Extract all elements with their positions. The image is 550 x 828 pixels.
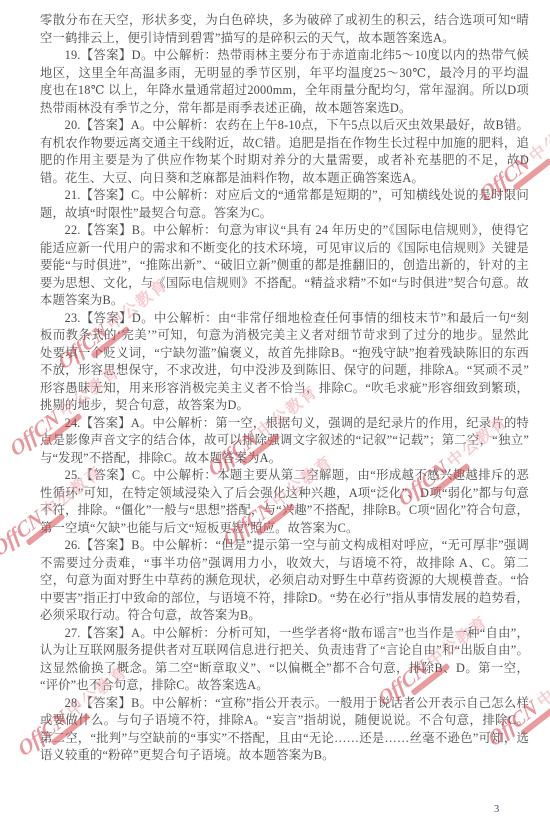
answer-paragraph: 20.【答案】A。中公解析：农药在上午8-10点，下午5点以后灭虫效果最好，故B… (40, 117, 529, 187)
answer-explanations-text: 零散分布在天空，形状多变，为白色碎块，多为破碎了或初生的积云，结合选项可知“晴空… (40, 12, 529, 765)
offcn-brand-text: 中公教育 (535, 653, 550, 711)
answer-paragraph: 25.【答案】C。中公解析：本题主要从第二空解题，由“形成越不感兴趣越排斥的恶性… (40, 467, 529, 537)
answer-paragraph: 27.【答案】A。中公解析：分析可知，一些学者将“散布谣言”也当作是一种“自由”… (40, 625, 529, 695)
offcn-brand-text: 中公教育 (527, 108, 550, 166)
answer-paragraph: 21.【答案】C。中公解析：对应后文的“通常都是短期的”，可知横线处说的是时限问… (40, 187, 529, 222)
document-page: 零散分布在天空，形状多变，为白色碎块，多为破碎了或初生的积云，结合选项可知“晴空… (0, 0, 550, 828)
answer-paragraph: 24.【答案】A。中公解析：第一空，根据句义，强调的是纪录片的作用，纪录片的特点… (40, 415, 529, 468)
page-number: 3 (494, 804, 499, 815)
answer-paragraph: 28.【答案】B。中公解析：“宣称”指公开表示。一般用于说话者公开表示自己怎么样… (40, 695, 529, 765)
answer-paragraph: 19.【答案】D。中公解析：热带雨林主要分布于赤道南北纬5～10度以内的热带气候… (40, 47, 529, 117)
answer-paragraph: 26.【答案】B。中公解析：“但是”提示第一空与前文构成相对呼应，“无可厚非”强… (40, 537, 529, 625)
offcn-logo-text: OffCN (0, 507, 46, 560)
answer-paragraph: 零散分布在天空，形状多变，为白色碎块，多为破碎了或初生的积云，结合选项可知“晴空… (40, 12, 529, 47)
answer-paragraph: 22.【答案】B。中公解析：句意为审议“具有 24 年历史的”《国际电信规则》，… (40, 222, 529, 310)
answer-paragraph: 23.【答案】D。中公解析：由“非常仔细地检查任何事情的细枝末节”和最后一句“刻… (40, 310, 529, 415)
